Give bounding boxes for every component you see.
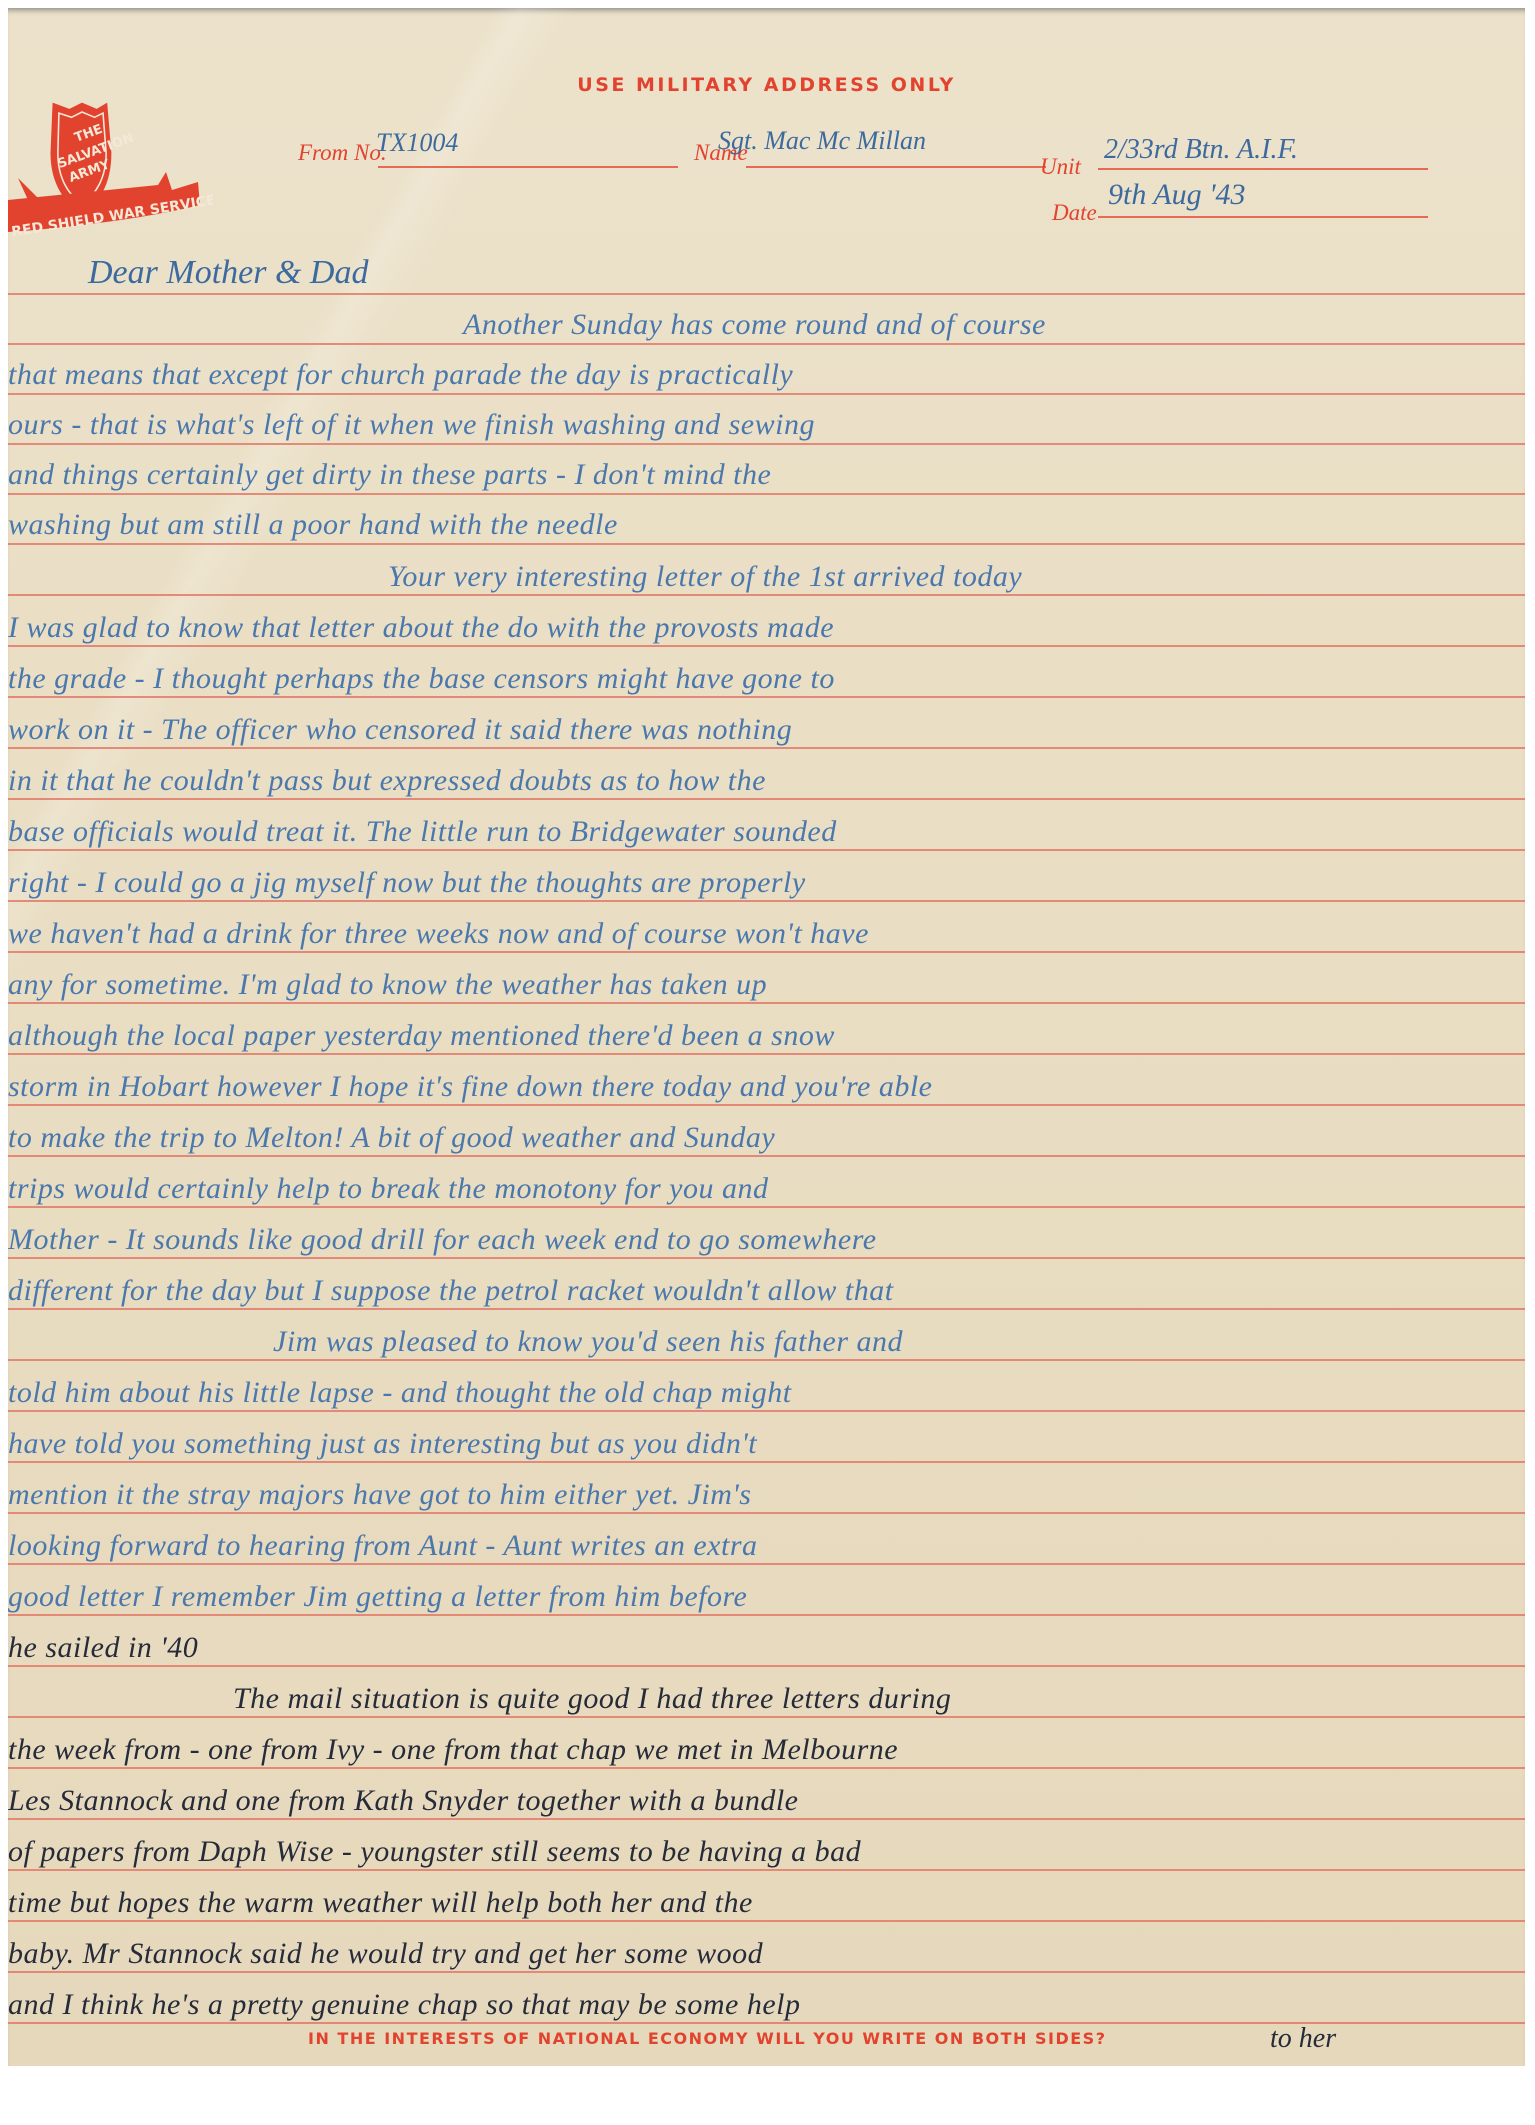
letter-line: although the local paper yesterday menti… [8, 1019, 1525, 1053]
letter-line: I was glad to know that letter about the… [8, 611, 1525, 645]
date-line [1098, 216, 1428, 218]
letter-line: work on it - The officer who censored it… [8, 713, 1525, 747]
letter-line: of papers from Daph Wise - youngster sti… [8, 1835, 1525, 1869]
letter-line: in it that he couldn't pass but expresse… [8, 764, 1525, 798]
letter-sheet: USE MILITARY ADDRESS ONLY THE SALVATION … [8, 8, 1525, 2066]
letter-line: Jim was pleased to know you'd seen his f… [8, 1325, 1535, 1359]
military-address-notice: USE MILITARY ADDRESS ONLY [8, 74, 1525, 96]
name-value: Sgt. Mac Mc Millan [718, 128, 926, 154]
letter-line: Another Sunday has come round and of cou… [8, 308, 1535, 342]
letter-line: and things certainly get dirty in these … [8, 458, 1525, 492]
letter-line: to make the trip to Melton! A bit of goo… [8, 1121, 1525, 1155]
continuation-text: to her [1270, 2023, 1336, 2055]
date-value: 9th Aug '43 [1108, 180, 1246, 210]
letter-line: storm in Hobart however I hope it's fine… [8, 1070, 1525, 1104]
letter-line: baby. Mr Stannock said he would try and … [8, 1937, 1525, 1971]
from-no-label: From No. [298, 140, 387, 166]
letter-line: good letter I remember Jim getting a let… [8, 1580, 1525, 1614]
unit-value: 2/33rd Btn. A.I.F. [1104, 136, 1298, 164]
letter-line: trips would certainly help to break the … [8, 1172, 1525, 1206]
from-no-value: TX1004 [376, 130, 458, 156]
national-economy-notice: IN THE INTERESTS OF NATIONAL ECONOMY WIL… [308, 2029, 1106, 2048]
letter-line: the grade - I thought perhaps the base c… [8, 662, 1525, 696]
letter-line: The mail situation is quite good I had t… [8, 1682, 1535, 1716]
unit-label: Unit [1040, 154, 1081, 180]
letter-line: base officials would treat it. The littl… [8, 815, 1525, 849]
letter-line: washing but am still a poor hand with th… [8, 508, 1525, 542]
letter-line: have told you something just as interest… [8, 1427, 1525, 1461]
letter-line: Mother - It sounds like good drill for e… [8, 1223, 1525, 1257]
letter-line: different for the day but I suppose the … [8, 1274, 1525, 1308]
letter-line: right - I could go a jig myself now but … [8, 866, 1525, 900]
letter-line: told him about his little lapse - and th… [8, 1376, 1525, 1410]
letter-line: mention it the stray majors have got to … [8, 1478, 1525, 1512]
date-label: Date [1052, 200, 1097, 226]
letter-line: Your very interesting letter of the 1st … [8, 560, 1535, 594]
letter-line: we haven't had a drink for three weeks n… [8, 917, 1525, 951]
from-no-line [378, 166, 678, 168]
name-line [746, 166, 1046, 168]
unit-line [1098, 168, 1428, 170]
letter-line: looking forward to hearing from Aunt - A… [8, 1529, 1525, 1563]
letter-line: that means that except for church parade… [8, 358, 1525, 392]
salvation-army-shield-logo: THE SALVATION ARMY RED SHIELD WAR SERVIC… [8, 90, 213, 238]
salutation: Dear Mother & Dad [88, 256, 368, 290]
letter-line: the week from - one from Ivy - one from … [8, 1733, 1525, 1767]
letter-line: time but hopes the warm weather will hel… [8, 1886, 1525, 1920]
letter-line: he sailed in '40 [8, 1631, 1525, 1665]
letter-line: Les Stannock and one from Kath Snyder to… [8, 1784, 1525, 1818]
letter-line: and I think he's a pretty genuine chap s… [8, 1988, 1525, 2022]
letter-line: any for sometime. I'm glad to know the w… [8, 968, 1525, 1002]
letter-line: ours - that is what's left of it when we… [8, 408, 1525, 442]
